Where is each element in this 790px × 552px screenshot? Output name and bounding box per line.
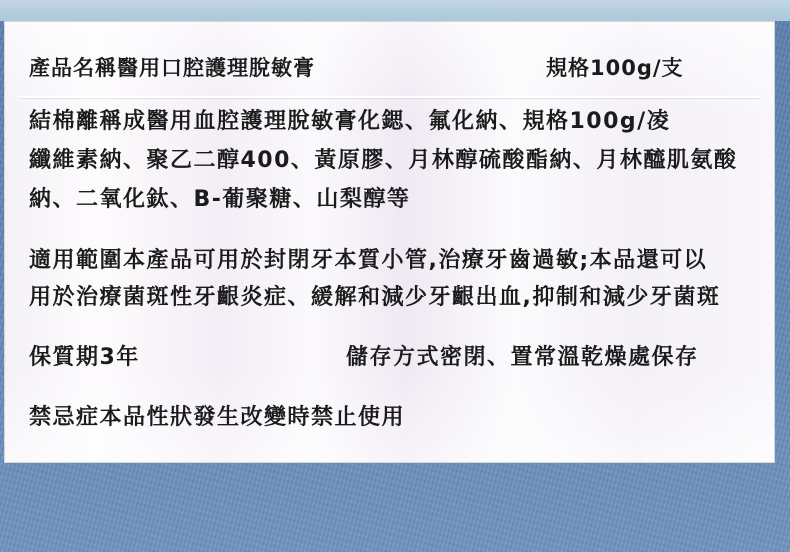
- shelf-life-text: 保質期3年: [29, 340, 140, 371]
- spec-text: 規格100g/支: [546, 52, 684, 82]
- header-divider: [19, 96, 761, 98]
- screenshot-root: { "colors": { "backdrop_blue": "#6188b5"…: [0, 0, 790, 552]
- card-sheen: [5, 22, 774, 462]
- top-light-blue-band: [0, 0, 790, 21]
- storage-method-text: 儲存方式密閉、置常溫乾燥處保存: [346, 340, 699, 371]
- usage-scope-line-2: 用於治療菌斑性牙齦炎症、緩解和減少牙齦出血,抑制和減少牙菌斑: [29, 280, 720, 311]
- ingredients-line-1: 結棉離稱成醫用血腔護理脫敏膏化鍶、氟化納、規格100g/凌: [29, 104, 670, 135]
- product-label-card: 產品名稱醫用口腔護理脫敏膏 規格100g/支 結棉離稱成醫用血腔護理脫敏膏化鍶、…: [4, 21, 775, 463]
- contraindication-text: 禁忌症本品性狀發生改變時禁止使用: [29, 400, 405, 431]
- usage-scope-line-1: 適用範圍本產品可用於封閉牙本質小管,治療牙齒過敏;本品還可以: [29, 243, 707, 274]
- product-name-text: 產品名稱醫用口腔護理脫敏膏: [29, 52, 315, 82]
- ingredients-line-2: 纖維素納、聚乙二醇400、黃原膠、月林醇硫酸酯納、月林醯肌氨酸: [29, 143, 737, 174]
- ingredients-line-3: 納、二氧化鈦、B-葡聚糖、山梨醇等: [29, 182, 410, 213]
